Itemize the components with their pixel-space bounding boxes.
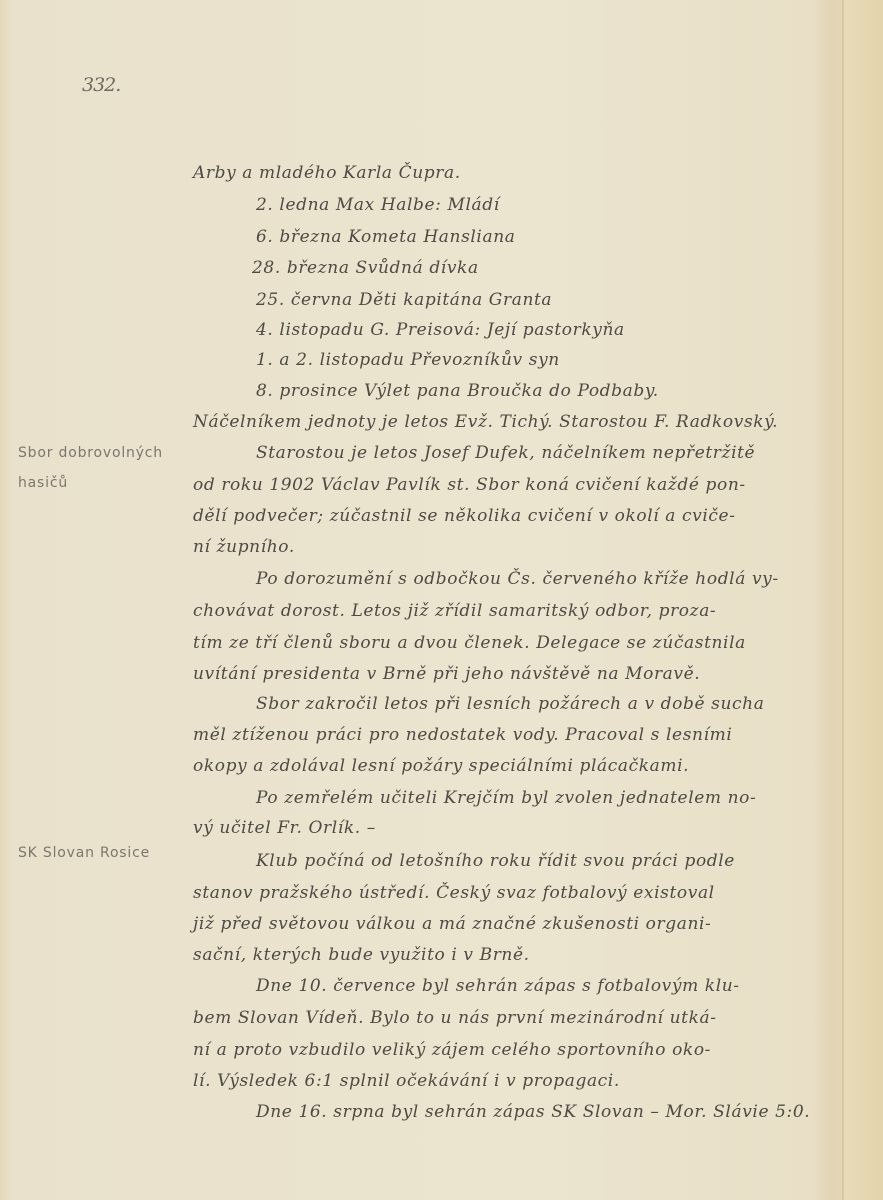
margin-note-fire-brigade-2: hasičů: [18, 475, 68, 491]
manuscript-page: 332. Sbor dobrovolných hasičů SK Slovan …: [0, 0, 883, 1200]
page-number: 332.: [82, 74, 120, 96]
text-line: stanov pražského ústředí. Český svaz fot…: [193, 883, 715, 903]
text-line: měl ztíženou práci pro nedostatek vody. …: [193, 725, 732, 745]
text-line: 4. listopadu G. Preisová: Její pastorkyň…: [256, 320, 625, 340]
text-line: bem Slovan Vídeň. Bylo to u nás první me…: [193, 1008, 717, 1028]
text-line: okopy a zdolával lesní požáry speciálním…: [193, 756, 689, 776]
text-line: uvítání presidenta v Brně při jeho návšt…: [193, 664, 700, 684]
text-line: 28. března Svůdná dívka: [252, 258, 479, 278]
text-line: Starostou je letos Josef Dufek, náčelník…: [256, 443, 755, 463]
text-line: chovávat dorost. Letos již zřídil samari…: [193, 601, 716, 621]
text-line: Náčelníkem jednoty je letos Evž. Tichý. …: [193, 412, 778, 432]
text-line: Dne 16. srpna byl sehrán zápas SK Slovan…: [256, 1102, 810, 1122]
text-line: lí. Výsledek 6:1 splnil očekávání i v pr…: [193, 1071, 620, 1091]
text-line: tím ze tří členů sboru a dvou členek. De…: [193, 633, 746, 653]
text-line: od roku 1902 Václav Pavlík st. Sbor koná…: [193, 475, 746, 495]
margin-note-fire-brigade-1: Sbor dobrovolných: [18, 445, 163, 461]
text-line: 25. června Děti kapitána Granta: [256, 290, 552, 310]
text-line: 6. března Kometa Hansliana: [256, 227, 516, 247]
text-line: sační, kterých bude využito i v Brně.: [193, 945, 530, 965]
text-line: Arby a mladého Karla Čupra.: [193, 163, 461, 183]
binding-line: [842, 0, 844, 1200]
text-line: již před světovou válkou a má značné zku…: [193, 914, 711, 934]
text-line: ní a proto vzbudilo veliký zájem celého …: [193, 1040, 711, 1060]
text-line: 1. a 2. listopadu Převozníkův syn: [256, 350, 560, 370]
text-line: dělí podvečer; zúčastnil se několika cvi…: [193, 506, 736, 526]
text-line: vý učitel Fr. Orlík. –: [193, 818, 376, 838]
margin-note-sk-slovan: SK Slovan Rosice: [18, 845, 150, 861]
text-line: Po dorozumění s odbočkou Čs. červeného k…: [256, 569, 779, 589]
text-line: 2. ledna Max Halbe: Mládí: [256, 195, 500, 215]
text-line: Sbor zakročil letos při lesních požárech…: [256, 694, 764, 714]
text-line: Po zemřelém učiteli Krejčím byl zvolen j…: [256, 788, 756, 808]
text-line: 8. prosince Výlet pana Broučka do Podbab…: [256, 381, 659, 401]
text-line: Klub počíná od letošního roku řídit svou…: [256, 851, 735, 871]
text-line: ní župního.: [193, 537, 295, 557]
text-line: Dne 10. července byl sehrán zápas s fotb…: [256, 976, 740, 996]
page-edge: [844, 0, 883, 1200]
